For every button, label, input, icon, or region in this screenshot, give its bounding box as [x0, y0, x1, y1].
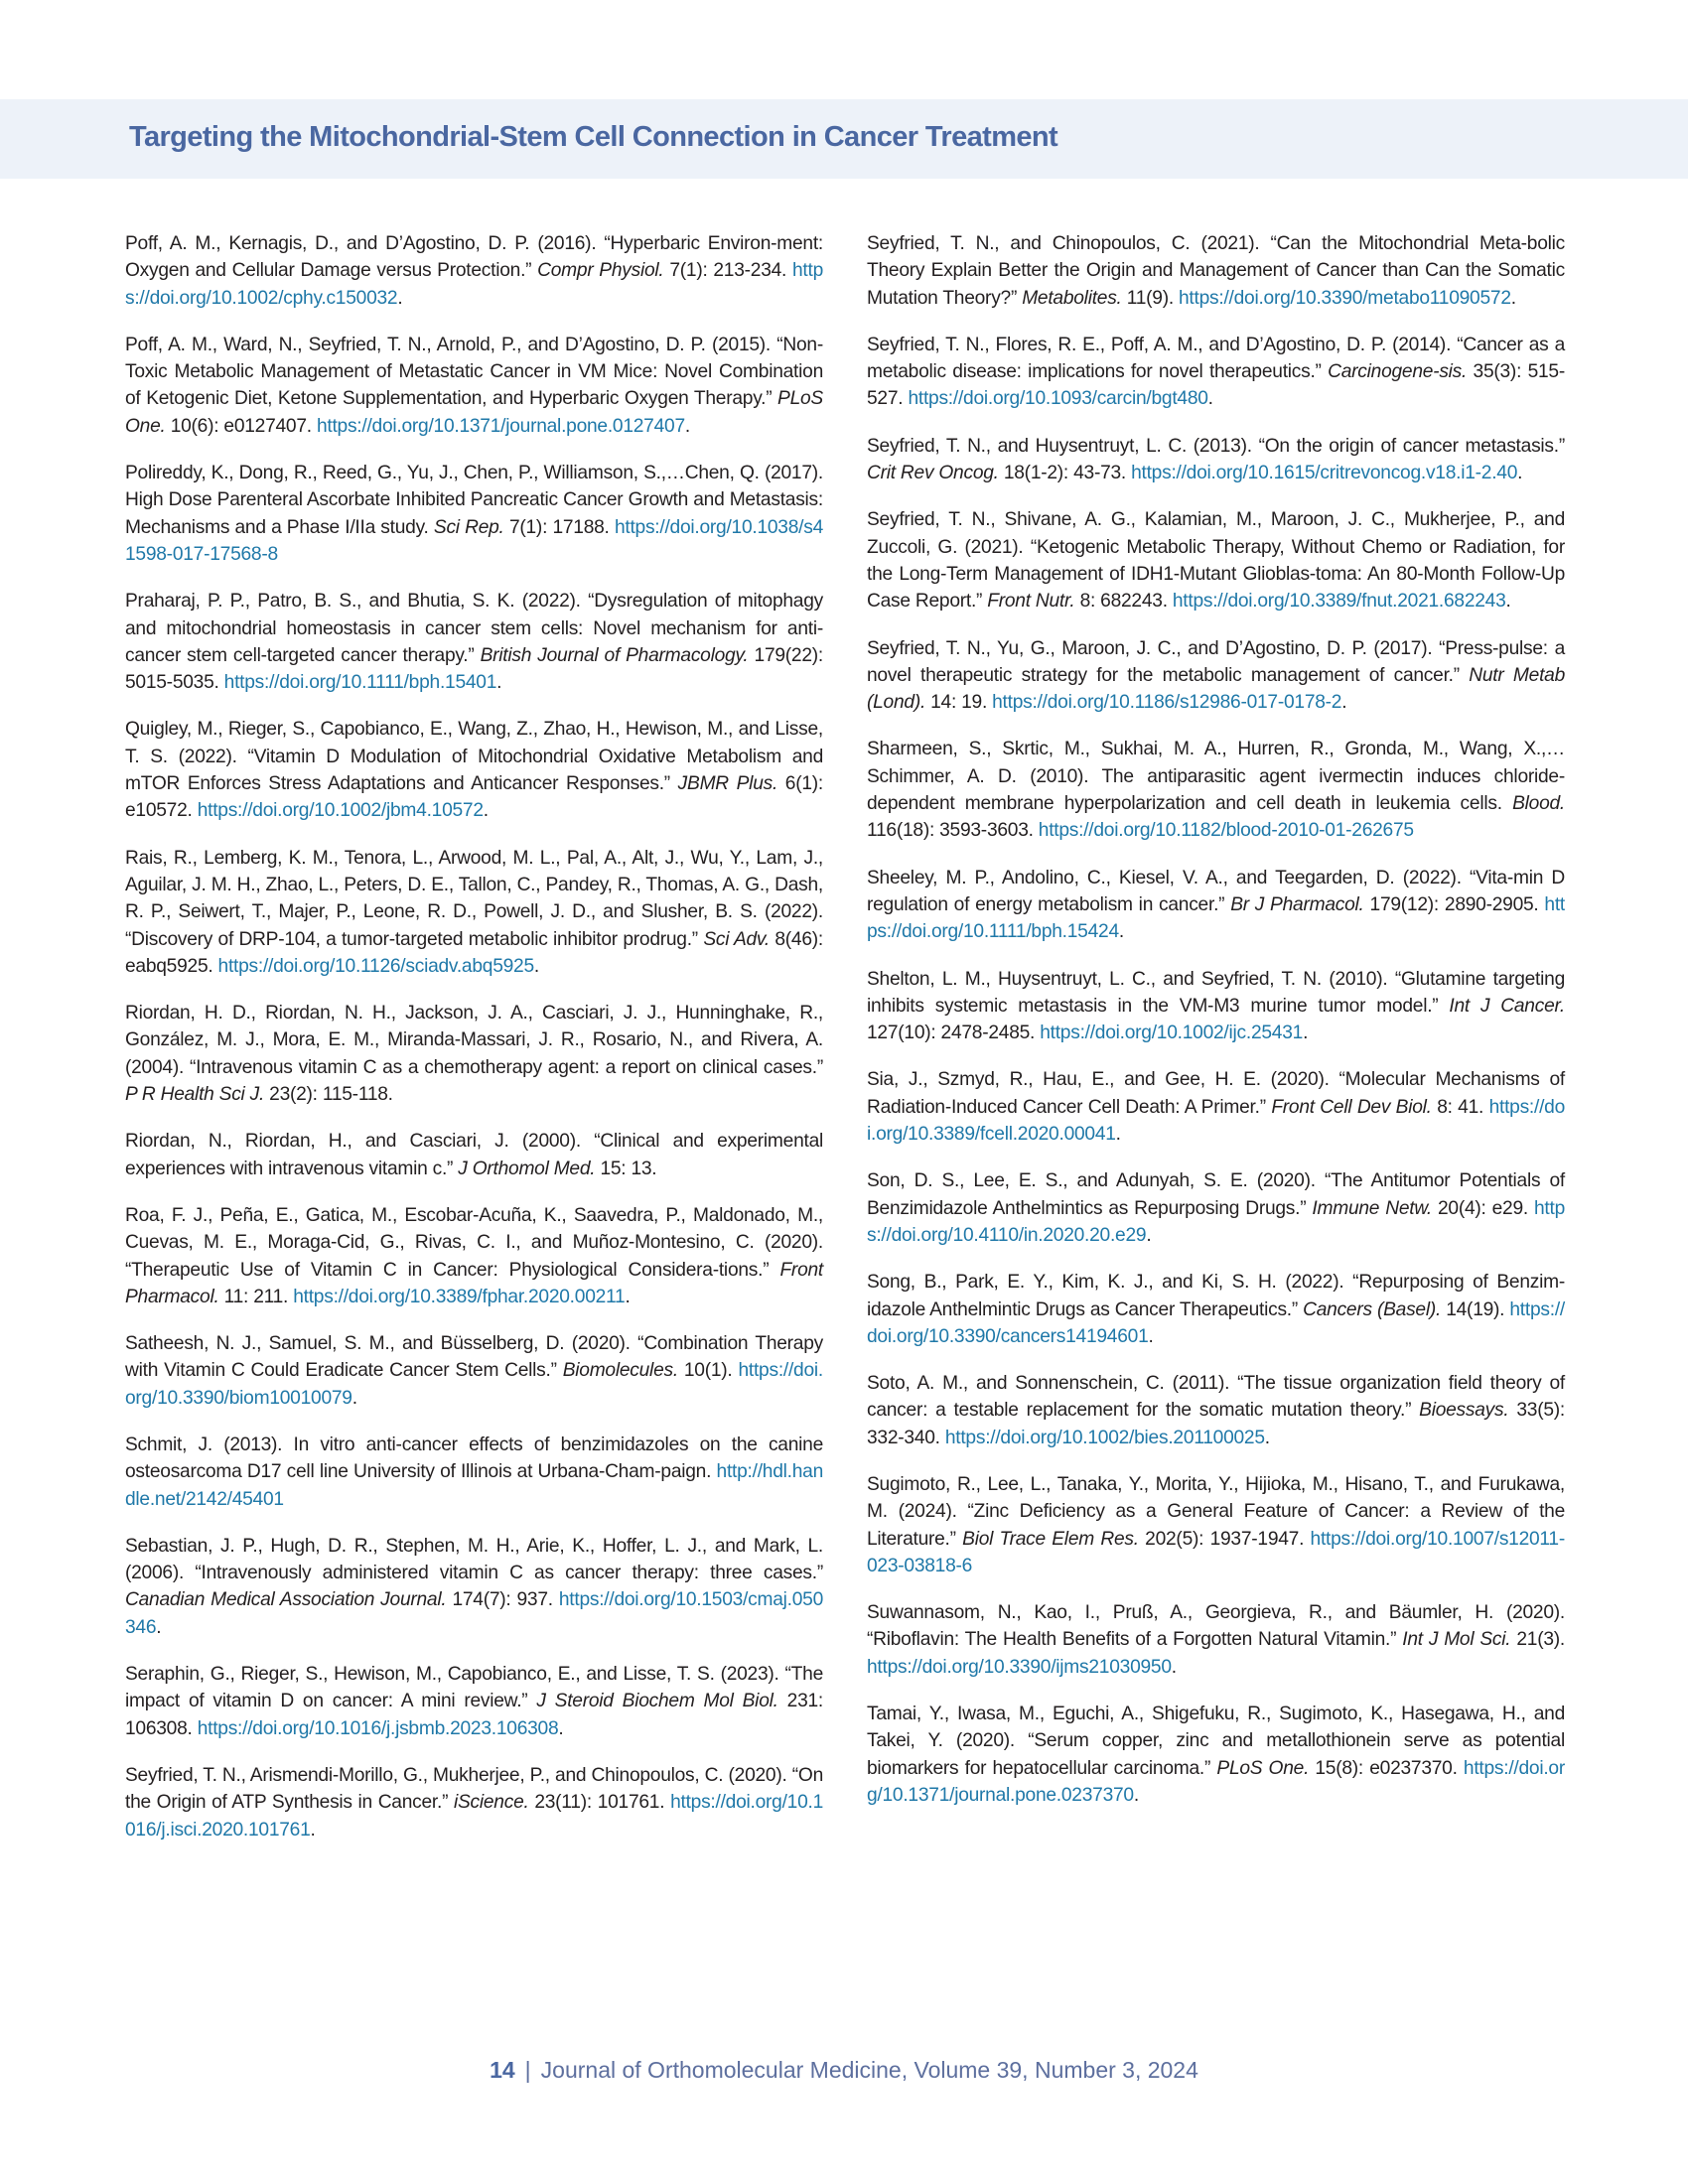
- reference-end-punct: .: [1134, 1785, 1139, 1806]
- reference-doi-link[interactable]: https://doi.org/10.3390/metabo11090572: [1179, 288, 1511, 309]
- reference-doi-link[interactable]: https://doi.org/10.1186/s12986-017-0178-…: [992, 692, 1341, 713]
- reference-journal: Biomolecules.: [563, 1360, 678, 1381]
- reference-details: 7(1): 213-234.: [664, 260, 792, 281]
- reference-journal: Sci Adv.: [703, 929, 770, 950]
- reference-details: 10(1).: [678, 1360, 739, 1381]
- reference-details: 174(7): 937.: [446, 1589, 558, 1610]
- reference-details: 14: 19.: [925, 692, 992, 713]
- reference-doi-link[interactable]: https://doi.org/10.1002/jbm4.10572: [198, 800, 484, 821]
- reference-end-punct: .: [1116, 1124, 1121, 1145]
- reference-journal: Immune Netw.: [1312, 1198, 1432, 1219]
- reference-doi-link[interactable]: https://doi.org/10.1002/bies.201100025: [945, 1428, 1265, 1448]
- reference-entry: Poff, A. M., Kernagis, D., and D’Agostin…: [125, 230, 823, 312]
- reference-entry: Seyfried, T. N., Arismendi-Morillo, G., …: [125, 1762, 823, 1843]
- reference-details: 18(1-2): 43-73.: [999, 463, 1131, 483]
- reference-text: Roa, F. J., Peña, E., Gatica, M., Escoba…: [125, 1205, 823, 1281]
- references-left-column: Poff, A. M., Kernagis, D., and D’Agostin…: [125, 230, 823, 1863]
- reference-entry: Seraphin, G., Rieger, S., Hewison, M., C…: [125, 1661, 823, 1742]
- reference-end-punct: .: [1517, 463, 1522, 483]
- reference-end-punct: .: [496, 672, 501, 693]
- reference-doi-link[interactable]: https://doi.org/10.1016/j.jsbmb.2023.106…: [198, 1718, 559, 1739]
- reference-entry: Poff, A. M., Ward, N., Seyfried, T. N., …: [125, 332, 823, 440]
- reference-details: 21(3).: [1510, 1629, 1565, 1650]
- reference-details: 11(9).: [1122, 288, 1179, 309]
- reference-entry: Roa, F. J., Peña, E., Gatica, M., Escoba…: [125, 1202, 823, 1310]
- reference-journal: Front Nutr.: [987, 591, 1074, 612]
- reference-entry: Seyfried, T. N., Shivane, A. G., Kalamia…: [867, 506, 1565, 614]
- reference-text: Sharmeen, S., Skrtic, M., Sukhai, M. A.,…: [867, 739, 1565, 814]
- reference-journal: Carcinogene-sis.: [1328, 361, 1467, 382]
- reference-entry: Soto, A. M., and Sonnenschein, C. (2011)…: [867, 1370, 1565, 1451]
- reference-entry: Song, B., Park, E. Y., Kim, K. J., and K…: [867, 1269, 1565, 1350]
- reference-details: 116(18): 3593-3603.: [867, 820, 1039, 841]
- reference-entry: Schmit, J. (2013). In vitro anti-cancer …: [125, 1432, 823, 1513]
- reference-end-punct: .: [1119, 921, 1124, 942]
- reference-details: 8: 682243.: [1075, 591, 1173, 612]
- reference-entry: Sheeley, M. P., Andolino, C., Kiesel, V.…: [867, 865, 1565, 946]
- reference-text: Seyfried, T. N., Yu, G., Maroon, J. C., …: [867, 638, 1565, 686]
- reference-end-punct: .: [352, 1388, 357, 1409]
- reference-entry: Sharmeen, S., Skrtic, M., Sukhai, M. A.,…: [867, 736, 1565, 844]
- reference-journal: Crit Rev Oncog.: [867, 463, 999, 483]
- reference-details: 179(12): 2890-2905.: [1364, 894, 1545, 915]
- reference-details: 23(2): 115-118.: [264, 1084, 393, 1105]
- reference-details: 7(1): 17188.: [504, 517, 615, 538]
- reference-details: 20(4): e29.: [1432, 1198, 1534, 1219]
- reference-journal: Canadian Medical Association Journal.: [125, 1589, 446, 1610]
- page-footer: 14|Journal of Orthomolecular Medicine, V…: [0, 2057, 1688, 2084]
- reference-journal: Br J Pharmacol.: [1230, 894, 1363, 915]
- reference-entry: Riordan, H. D., Riordan, N. H., Jackson,…: [125, 1000, 823, 1108]
- reference-journal: Blood.: [1512, 793, 1565, 814]
- reference-journal: JBMR Plus.: [678, 773, 777, 794]
- reference-details: 202(5): 1937-1947.: [1139, 1529, 1311, 1550]
- footer-separator: |: [525, 2057, 531, 2083]
- reference-entry: Polireddy, K., Dong, R., Reed, G., Yu, J…: [125, 460, 823, 568]
- reference-entry: Seyfried, T. N., Flores, R. E., Poff, A.…: [867, 332, 1565, 413]
- reference-doi-link[interactable]: https://doi.org/10.3390/ijms21030950: [867, 1657, 1172, 1678]
- reference-entry: Rais, R., Lemberg, K. M., Tenora, L., Ar…: [125, 845, 823, 980]
- reference-entry: Seyfried, T. N., and Huysentruyt, L. C. …: [867, 433, 1565, 487]
- reference-journal: British Journal of Pharmacology.: [481, 645, 749, 666]
- reference-details: 10(6): e0127407.: [166, 416, 317, 437]
- reference-end-punct: .: [311, 1820, 316, 1841]
- reference-journal: Sci Rep.: [434, 517, 504, 538]
- reference-details: 15: 13.: [595, 1159, 656, 1179]
- reference-end-punct: .: [1303, 1023, 1308, 1043]
- reference-text: Riordan, H. D., Riordan, N. H., Jackson,…: [125, 1003, 823, 1078]
- reference-text: Sebastian, J. P., Hugh, D. R., Stephen, …: [125, 1536, 823, 1583]
- reference-details: 15(8): e0237370.: [1309, 1758, 1464, 1779]
- reference-doi-link[interactable]: https://doi.org/10.1002/ijc.25431: [1040, 1023, 1303, 1043]
- reference-journal: Bioessays.: [1419, 1400, 1508, 1421]
- reference-journal: Metabolites.: [1022, 288, 1121, 309]
- reference-doi-link[interactable]: https://doi.org/10.1371/journal.pone.012…: [317, 416, 685, 437]
- reference-details: 14(19).: [1441, 1299, 1509, 1320]
- reference-text: Seyfried, T. N., and Huysentruyt, L. C. …: [867, 436, 1565, 457]
- reference-entry: Sia, J., Szmyd, R., Hau, E., and Gee, H.…: [867, 1066, 1565, 1148]
- reference-entry: Sugimoto, R., Lee, L., Tanaka, Y., Morit…: [867, 1471, 1565, 1579]
- reference-details: 23(11): 101761.: [529, 1792, 670, 1813]
- reference-entry: Seyfried, T. N., Yu, G., Maroon, J. C., …: [867, 635, 1565, 717]
- reference-journal: Biol Trace Elem Res.: [962, 1529, 1139, 1550]
- reference-end-punct: .: [1146, 1225, 1151, 1246]
- reference-entry: Satheesh, N. J., Samuel, S. M., and Büss…: [125, 1330, 823, 1412]
- reference-entry: Shelton, L. M., Huysentruyt, L. C., and …: [867, 966, 1565, 1047]
- reference-entry: Quigley, M., Rieger, S., Capobianco, E.,…: [125, 716, 823, 824]
- reference-details: 11: 211.: [219, 1287, 294, 1307]
- reference-doi-link[interactable]: https://doi.org/10.1182/blood-2010-01-26…: [1039, 820, 1414, 841]
- reference-journal: Front Cell Dev Biol.: [1271, 1097, 1431, 1118]
- reference-journal: PLoS One.: [1216, 1758, 1309, 1779]
- reference-end-punct: .: [534, 956, 539, 977]
- reference-text: Poff, A. M., Ward, N., Seyfried, T. N., …: [125, 335, 823, 410]
- reference-journal: iScience.: [454, 1792, 529, 1813]
- reference-end-punct: .: [397, 288, 402, 309]
- reference-journal: J Steroid Biochem Mol Biol.: [536, 1691, 777, 1711]
- reference-journal: Compr Physiol.: [537, 260, 663, 281]
- reference-end-punct: .: [484, 800, 489, 821]
- reference-end-punct: .: [1506, 591, 1511, 612]
- reference-journal: J Orthomol Med.: [458, 1159, 595, 1179]
- reference-end-punct: .: [685, 416, 690, 437]
- reference-end-punct: .: [1341, 692, 1346, 713]
- reference-doi-link[interactable]: https://doi.org/10.3389/fphar.2020.00211: [293, 1287, 625, 1307]
- reference-journal: Int J Cancer.: [1449, 996, 1565, 1017]
- reference-end-punct: .: [156, 1617, 161, 1638]
- reference-entry: Seyfried, T. N., and Chinopoulos, C. (20…: [867, 230, 1565, 312]
- reference-entry: Praharaj, P. P., Patro, B. S., and Bhuti…: [125, 588, 823, 696]
- reference-end-punct: .: [1208, 388, 1213, 409]
- reference-doi-link[interactable]: https://doi.org/10.1111/bph.15401: [224, 672, 496, 693]
- page-number: 14: [490, 2057, 515, 2083]
- reference-entry: Suwannasom, N., Kao, I., Pruß, A., Georg…: [867, 1599, 1565, 1681]
- reference-journal: Cancers (Basel).: [1303, 1299, 1441, 1320]
- journal-info: Journal of Orthomolecular Medicine, Volu…: [541, 2057, 1198, 2083]
- reference-entry: Riordan, N., Riordan, H., and Casciari, …: [125, 1128, 823, 1182]
- reference-end-punct: .: [625, 1287, 630, 1307]
- reference-end-punct: .: [558, 1718, 563, 1739]
- reference-doi-link[interactable]: https://doi.org/10.1093/carcin/bgt480: [908, 388, 1207, 409]
- reference-end-punct: .: [1149, 1326, 1154, 1347]
- running-header-title: Targeting the Mitochondrial-Stem Cell Co…: [129, 121, 1057, 154]
- reference-journal: P R Health Sci J.: [125, 1084, 264, 1105]
- reference-end-punct: .: [1265, 1428, 1270, 1448]
- reference-doi-link[interactable]: https://doi.org/10.1126/sciadv.abq5925: [218, 956, 534, 977]
- reference-journal: Int J Mol Sci.: [1402, 1629, 1510, 1650]
- reference-end-punct: .: [1172, 1657, 1177, 1678]
- reference-details: 127(10): 2478-2485.: [867, 1023, 1040, 1043]
- reference-entry: Son, D. S., Lee, E. S., and Adunyah, S. …: [867, 1167, 1565, 1249]
- references-right-column: Seyfried, T. N., and Chinopoulos, C. (20…: [867, 230, 1565, 1829]
- reference-entry: Sebastian, J. P., Hugh, D. R., Stephen, …: [125, 1533, 823, 1641]
- reference-entry: Tamai, Y., Iwasa, M., Eguchi, A., Shigef…: [867, 1701, 1565, 1809]
- reference-doi-link[interactable]: https://doi.org/10.1615/critrevoncog.v18…: [1131, 463, 1517, 483]
- reference-details: 8: 41.: [1432, 1097, 1489, 1118]
- reference-doi-link[interactable]: https://doi.org/10.3389/fnut.2021.682243: [1173, 591, 1506, 612]
- reference-end-punct: .: [1511, 288, 1516, 309]
